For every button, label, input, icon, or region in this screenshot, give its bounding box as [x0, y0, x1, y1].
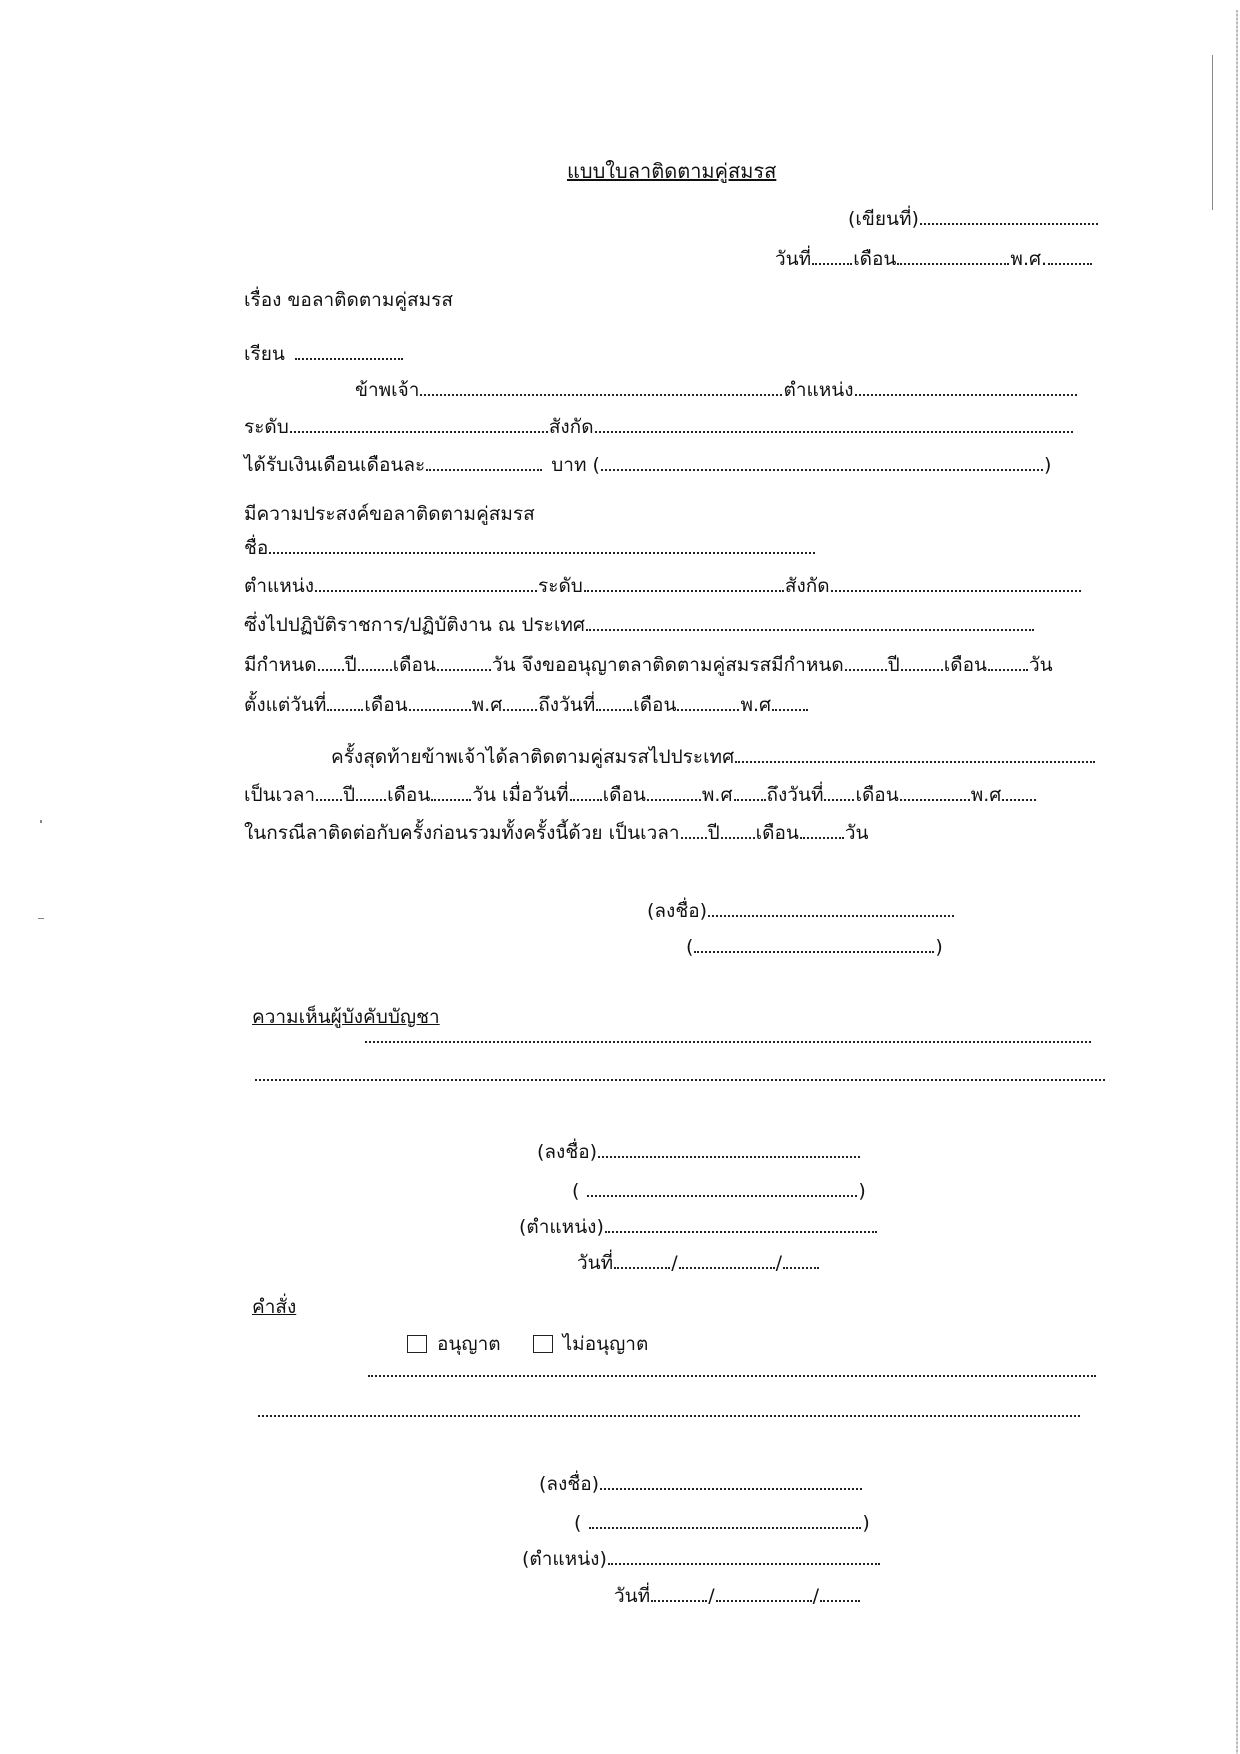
approve-label: อนุญาต — [437, 1331, 501, 1357]
order-heading: คำสั่ง — [252, 1294, 296, 1320]
request-days-field[interactable] — [988, 668, 1028, 671]
last-to-day-field[interactable] — [824, 798, 854, 801]
request-text: วัน จึงขออนุญาตลาติดตามคู่สมรสมีกำหนด — [492, 652, 844, 678]
order-position-row: (ตำแหน่ง) — [522, 1546, 881, 1572]
last-to-month-field[interactable] — [900, 798, 970, 801]
abroad-row: ซึ่งไปปฏิบัติราชการ/ปฏิบัติงาน ณ ประเทศ — [244, 612, 1035, 638]
supervisor-year-field[interactable] — [783, 1266, 819, 1269]
duration-label: เป็นเวลา — [244, 782, 315, 808]
slash: / — [813, 1583, 819, 1609]
spouse-level-field[interactable] — [584, 589, 784, 592]
order-comment-line-2 — [257, 1414, 1081, 1417]
order-comment-field-1[interactable] — [368, 1374, 1096, 1377]
supervisor-signature-field[interactable] — [598, 1155, 860, 1158]
salary-words-field[interactable] — [601, 468, 1043, 471]
supervisor-position-row: (ตำแหน่ง) — [519, 1214, 878, 1240]
date-label: วันที่ — [614, 1583, 650, 1609]
order-position-field[interactable] — [608, 1562, 880, 1565]
slash: / — [671, 1250, 677, 1276]
be-label: พ.ศ — [971, 782, 1002, 808]
from-day-field[interactable] — [327, 708, 363, 711]
year-field[interactable] — [1048, 262, 1092, 265]
supervisor-month-field[interactable] — [679, 1266, 775, 1269]
last-days-field[interactable] — [431, 798, 471, 801]
to-day-field[interactable] — [596, 708, 632, 711]
month-unit: เดือน — [364, 692, 407, 718]
spouse-affiliation-field[interactable] — [831, 589, 1081, 592]
day-unit: วัน — [1029, 652, 1053, 678]
last-years-field[interactable] — [316, 798, 342, 801]
when-label: วัน เมื่อวันที่ — [472, 782, 568, 808]
order-printed-name-row: ( ) — [574, 1510, 870, 1536]
from-month-field[interactable] — [409, 708, 471, 711]
supervisor-heading: ความเห็นผู้บังคับบัญชา — [252, 1004, 440, 1030]
level-label: ระดับ — [244, 414, 289, 440]
reject-checkbox[interactable] — [533, 1335, 553, 1353]
to-field[interactable] — [295, 357, 403, 360]
applicant-row: ข้าพเจ้า ตำแหน่ง — [355, 377, 1078, 403]
last-from-day-field[interactable] — [570, 798, 602, 801]
option-reject[interactable]: ไม่อนุญาต — [533, 1331, 649, 1357]
last-leave-country-field[interactable] — [735, 760, 1095, 763]
wish-text: มีความประสงค์ขอลาติดตามคู่สมรส — [244, 501, 535, 527]
to-date-label: ถึงวันที่ — [538, 692, 595, 718]
order-sign-row: (ลงชื่อ) — [539, 1471, 863, 1497]
last-from-year-field[interactable] — [734, 798, 766, 801]
order-comment-field-2[interactable] — [258, 1414, 1080, 1417]
month-unit: เดือน — [603, 782, 646, 808]
spouse-name-label: ชื่อ — [244, 535, 268, 561]
affiliation-label: สังกัด — [549, 414, 594, 440]
month-label: เดือน — [853, 246, 896, 272]
last-duration-row: เป็นเวลา ปี เดือน วัน เมื่อวันที่ เดือน … — [244, 782, 1037, 808]
level-row: ระดับ สังกัด — [244, 414, 1074, 440]
be-label: พ.ศ — [702, 782, 733, 808]
to-year-field[interactable] — [772, 708, 808, 711]
period-row: มีกำหนด ปี เดือน วัน จึงขออนุญาตลาติดตาม… — [244, 652, 1053, 678]
period-days-field[interactable] — [437, 668, 491, 671]
last-months-field[interactable] — [356, 798, 386, 801]
sign-label: (ลงชื่อ) — [647, 898, 707, 924]
year-unit: ปี — [343, 782, 355, 808]
month-unit: เดือน — [944, 652, 987, 678]
open-paren: ( — [572, 1178, 579, 1204]
period-label: มีกำหนด — [244, 652, 317, 678]
request-years-field[interactable] — [845, 668, 887, 671]
to-label: เรียน — [244, 341, 285, 367]
supervisor-comment-line-1 — [364, 1040, 1092, 1043]
supervisor-sign-row: (ลงชื่อ) — [537, 1139, 861, 1165]
level-field[interactable] — [290, 430, 548, 433]
applicant-printed-name-row: ( ) — [686, 934, 943, 960]
subject-text: เรื่อง ขอลาติดตามคู่สมรส — [244, 287, 453, 313]
spouse-affiliation-label: สังกัด — [785, 573, 830, 599]
spouse-position-row: ตำแหน่ง ระดับ สังกัด — [244, 573, 1082, 599]
position-label: (ตำแหน่ง) — [522, 1546, 607, 1572]
supervisor-heading-row: ความเห็นผู้บังคับบัญชา — [252, 1004, 440, 1030]
applicant-signature-field[interactable] — [708, 914, 954, 917]
supervisor-printed-name-row: ( ) — [572, 1178, 866, 1204]
be-label: พ.ศ — [740, 692, 771, 718]
close-paren: ) — [1044, 452, 1051, 478]
cont-days-field[interactable] — [800, 836, 844, 839]
be-label: พ.ศ — [472, 692, 503, 718]
spouse-name-field[interactable] — [269, 551, 815, 554]
year-unit: ปี — [345, 652, 357, 678]
open-paren: ( — [574, 1510, 581, 1536]
scan-speck — [40, 820, 42, 823]
reject-label: ไม่อนุญาต — [563, 1331, 649, 1357]
close-paren: ) — [858, 1178, 865, 1204]
supervisor-printed-name-field[interactable] — [587, 1194, 857, 1197]
month-unit: เดือน — [393, 652, 436, 678]
from-label: ตั้งแต่วันที่ — [244, 692, 326, 718]
date-label: วันที่ — [577, 1250, 613, 1276]
day-label: วันที่ — [775, 246, 811, 272]
period-months-field[interactable] — [358, 668, 392, 671]
supervisor-position-field[interactable] — [605, 1230, 877, 1233]
sign-label: (ลงชื่อ) — [537, 1139, 597, 1165]
month-unit: เดือน — [387, 782, 430, 808]
applicant-sign-row: (ลงชื่อ) — [647, 898, 955, 924]
slash: / — [776, 1250, 782, 1276]
scan-speck — [38, 918, 44, 919]
year-label: พ.ศ. — [1010, 246, 1047, 272]
spouse-name-row: ชื่อ — [244, 535, 816, 561]
applicant-printed-name-field[interactable] — [694, 950, 934, 953]
option-approve[interactable]: อนุญาต — [407, 1331, 501, 1357]
period-years-field[interactable] — [318, 668, 344, 671]
to-month-field[interactable] — [677, 708, 739, 711]
written-at-label: (เขียนที่) — [848, 206, 919, 232]
continuous-label: ในกรณีลาติดต่อกับครั้งก่อนรวมทั้งครั้งนี… — [244, 820, 680, 846]
request-months-field[interactable] — [901, 668, 943, 671]
month-unit: เดือน — [855, 782, 898, 808]
form-title-row: แบบใบลาติดตามคู่สมรส — [567, 158, 776, 184]
sign-label: (ลงชื่อ) — [539, 1471, 599, 1497]
continuous-row: ในกรณีลาติดต่อกับครั้งก่อนรวมทั้งครั้งนี… — [244, 820, 869, 846]
last-leave-row: ครั้งสุดท้ายข้าพเจ้าได้ลาติดตามคู่สมรสไป… — [331, 744, 1096, 770]
scan-edge-mark — [1212, 55, 1213, 210]
month-unit: เดือน — [756, 820, 799, 846]
open-paren: ( — [686, 934, 693, 960]
position-label: (ตำแหน่ง) — [519, 1214, 604, 1240]
salary-row: ได้รับเงินเดือนเดือนละ บาท ( ) — [244, 452, 1051, 478]
approve-checkbox[interactable] — [407, 1335, 427, 1353]
salary-label: ได้รับเงินเดือนเดือนละ — [244, 452, 425, 478]
salary-field[interactable] — [426, 468, 542, 471]
order-options-row: อนุญาต ไม่อนุญาต — [407, 1331, 680, 1357]
order-month-field[interactable] — [716, 1599, 812, 1602]
baht-label: บาท ( — [551, 452, 600, 478]
applicant-name-field[interactable] — [420, 393, 782, 396]
day-unit: วัน — [845, 820, 869, 846]
last-from-month-field[interactable] — [647, 798, 701, 801]
applicant-label: ข้าพเจ้า — [355, 377, 419, 403]
supervisor-comment-field-2[interactable] — [255, 1078, 1105, 1081]
supervisor-comment-line-2 — [254, 1078, 1106, 1081]
cont-years-field[interactable] — [681, 836, 707, 839]
order-signature-field[interactable] — [600, 1487, 862, 1490]
month-field[interactable] — [897, 262, 1009, 265]
wish-row: มีความประสงค์ขอลาติดตามคู่สมรส — [244, 501, 535, 527]
country-field[interactable] — [586, 628, 1034, 631]
close-paren: ) — [862, 1510, 869, 1536]
order-comment-line-1 — [367, 1374, 1097, 1377]
from-year-field[interactable] — [503, 708, 537, 711]
order-date-row: วันที่ / / — [614, 1583, 861, 1609]
close-paren: ) — [935, 934, 942, 960]
month-unit: เดือน — [633, 692, 676, 718]
slash: / — [708, 1583, 714, 1609]
last-to-year-field[interactable] — [1002, 798, 1036, 801]
to-row: เรียน — [244, 341, 404, 367]
from-date-row: ตั้งแต่วันที่ เดือน พ.ศ ถึงวันที่ เดือน … — [244, 692, 809, 718]
affiliation-field[interactable] — [595, 430, 1073, 433]
to-date-label: ถึงวันที่ — [767, 782, 824, 808]
spouse-level-label: ระดับ — [538, 573, 583, 599]
year-unit: ปี — [888, 652, 900, 678]
scan-edge-border — [1236, 10, 1238, 1754]
written-at-row: (เขียนที่) — [848, 206, 1099, 232]
order-year-field[interactable] — [820, 1599, 860, 1602]
abroad-label: ซึ่งไปปฏิบัติราชการ/ปฏิบัติงาน ณ ประเทศ — [244, 612, 585, 638]
position-field[interactable] — [855, 393, 1077, 396]
spouse-position-label: ตำแหน่ง — [244, 573, 314, 599]
order-printed-name-field[interactable] — [589, 1526, 861, 1529]
order-heading-row: คำสั่ง — [252, 1294, 296, 1320]
day-field[interactable] — [812, 262, 852, 265]
header-date-row: วันที่ เดือน พ.ศ. — [775, 246, 1093, 272]
spouse-position-field[interactable] — [315, 589, 537, 592]
supervisor-comment-field-1[interactable] — [365, 1040, 1091, 1043]
last-leave-label: ครั้งสุดท้ายข้าพเจ้าได้ลาติดตามคู่สมรสไป… — [331, 744, 734, 770]
subject-row: เรื่อง ขอลาติดตามคู่สมรส — [244, 287, 453, 313]
order-day-field[interactable] — [651, 1599, 707, 1602]
cont-months-field[interactable] — [721, 836, 755, 839]
supervisor-day-field[interactable] — [614, 1266, 670, 1269]
written-at-field[interactable] — [920, 222, 1098, 225]
form-title: แบบใบลาติดตามคู่สมรส — [567, 158, 776, 184]
position-label: ตำแหน่ง — [783, 377, 853, 403]
supervisor-date-row: วันที่ / / — [577, 1250, 820, 1276]
year-unit: ปี — [708, 820, 720, 846]
